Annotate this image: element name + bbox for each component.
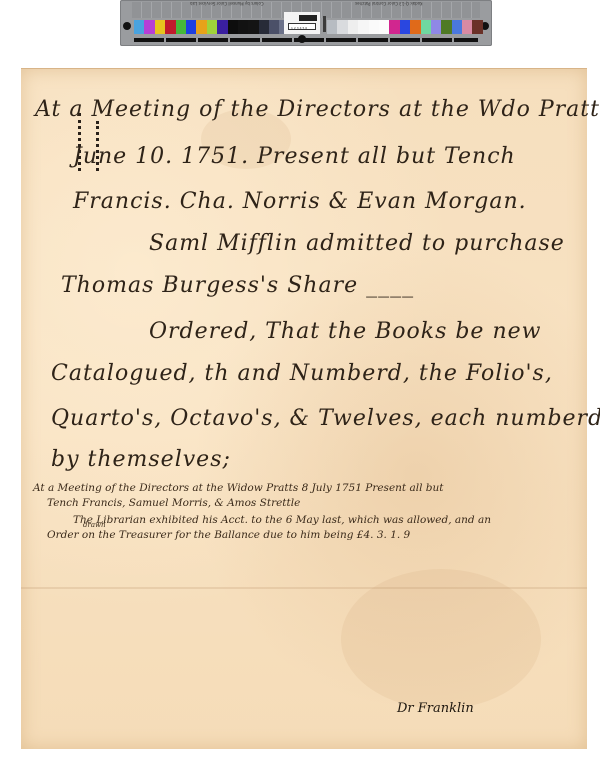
signature: Dr Franklin <box>397 701 474 716</box>
color-swatch <box>248 20 258 34</box>
manuscript-page: At a Meeting of the Directors at the Wdo… <box>21 68 587 749</box>
second-minute-line-1: At a Meeting of the Directors at the Wid… <box>33 482 444 494</box>
minute-line-6: Ordered, That the Books be new <box>149 319 541 344</box>
scale-ruler: 1 2 3 4 5 6 <box>288 23 316 30</box>
minute-line-4: Saml Mifflin admitted to purchase <box>149 231 565 256</box>
color-swatch <box>452 20 462 34</box>
color-calibration-target: Colors by Munsell Color Services Lab Kod… <box>120 0 492 46</box>
color-swatch <box>196 20 206 34</box>
color-swatch <box>441 20 451 34</box>
color-swatch <box>327 20 337 34</box>
color-swatch <box>410 20 420 34</box>
minute-line-2: June 10. 1751. Present all but Tench <box>73 144 516 169</box>
minute-line-5: Thomas Burgess's Share ____ <box>61 273 414 298</box>
color-swatch <box>217 20 227 34</box>
minute-line-1: At a Meeting of the Directors at the Wdo… <box>35 97 600 122</box>
minute-line-7: Catalogued, th and Numberd, the Folio's, <box>51 361 553 386</box>
color-swatch <box>259 20 269 34</box>
minute-line-3: Francis. Cha. Norris & Evan Morgan. <box>73 189 527 214</box>
color-swatch <box>155 20 165 34</box>
color-swatch <box>186 20 196 34</box>
color-swatches-right <box>327 20 483 34</box>
punch-hole-icon <box>123 22 131 30</box>
paper-fold-line <box>21 587 587 589</box>
grey-divider-strip <box>323 16 326 32</box>
color-swatch <box>348 20 358 34</box>
color-swatch <box>462 20 472 34</box>
color-swatch <box>134 20 144 34</box>
color-swatch <box>144 20 154 34</box>
grey-reference-card: 1 2 3 4 5 6 <box>284 12 320 34</box>
minute-line-8: Quarto's, Octavo's, & Twelves, each numb… <box>51 406 600 431</box>
color-swatch <box>176 20 186 34</box>
color-swatch <box>389 20 399 34</box>
second-minute-line-2: Tench Francis, Samuel Morris, & Amos Str… <box>47 497 300 509</box>
second-minute-line-4: Order on the Treasurer for the Ballance … <box>47 529 410 541</box>
minute-line-9: by themselves; <box>51 447 231 472</box>
color-swatch <box>472 20 482 34</box>
color-swatch <box>400 20 410 34</box>
color-swatch <box>431 20 441 34</box>
color-swatch <box>207 20 217 34</box>
ruler-label: 1 2 3 4 5 6 <box>291 26 307 30</box>
color-swatch <box>165 20 175 34</box>
color-swatch <box>369 20 379 34</box>
interlinear-insertion: drawn <box>83 521 106 529</box>
color-swatch <box>269 20 279 34</box>
calibration-caption-right: Kodak Q-13 Color Control Patches <box>355 1 423 6</box>
color-swatch <box>379 20 389 34</box>
color-swatch <box>228 20 238 34</box>
calibration-caption-left: Colors by Munsell Color Services Lab <box>190 1 264 6</box>
black-reference-patch <box>299 15 317 21</box>
color-swatch <box>238 20 248 34</box>
second-minute-line-3: The Librarian exhibited his Acct. to the… <box>73 514 491 526</box>
calibration-bottom-bars <box>134 38 478 42</box>
color-swatch <box>421 20 431 34</box>
color-swatch <box>337 20 347 34</box>
water-stain <box>341 569 541 709</box>
color-swatches-left <box>134 20 290 34</box>
color-swatch <box>358 20 368 34</box>
